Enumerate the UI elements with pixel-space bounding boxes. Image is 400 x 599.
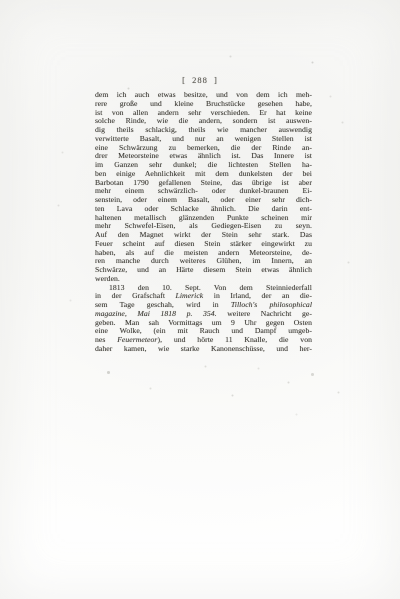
body-text: dem ich auch etwas besitze, und von dem … <box>95 91 312 354</box>
text-line: werden. <box>95 275 312 284</box>
text-line: sem Tage geschah, wird in Tilloch's phil… <box>95 301 312 310</box>
text-line: ist von allen andern sehr verschieden. E… <box>95 109 312 118</box>
text-line: haltenen metallisch glänzenden Punkte sc… <box>95 214 312 223</box>
text-line: drer Meteorsteine etwas ähnlich ist. Das… <box>95 152 312 161</box>
text-line: dem ich auch etwas besitze, und von dem … <box>95 91 312 100</box>
text-line: magazine, Mai 1818 p. 354. weitere Nachr… <box>95 310 312 319</box>
text-line: geben. Man sah Vormittags um 9 Uhr gegen… <box>95 319 312 328</box>
text-line: ten Lava oder Schlacke ähnlich. Die dari… <box>95 205 312 214</box>
text-line: im Ganzen sehr dunkel; die lichtesten St… <box>95 161 312 170</box>
text-line: eine Schwärzung zu bemerken, die der Rin… <box>95 144 312 153</box>
text-line: haben, als auf die meisten andern Meteor… <box>95 249 312 258</box>
text-line: Feuer scheint auf diesen Stein stärker e… <box>95 240 312 249</box>
text-line: senstein, oder einem Basalt, oder einer … <box>95 196 312 205</box>
text-line: nes Feuermeteor), und hörte 11 Knalle, d… <box>95 336 312 345</box>
text-line: Schwärze, und an Härte diesem Stein etwa… <box>95 266 312 275</box>
text-line: eine Wolke, (ein mit Rauch und Dampf umg… <box>95 327 312 336</box>
text-line: ren manche durch weiteres Glühen, im Inn… <box>95 257 312 266</box>
text-line: Barbotan 1790 gefallenen Steine, das übr… <box>95 179 312 188</box>
text-line: daher kamen, wie starke Kanonenschüsse, … <box>95 345 312 354</box>
scanned-book-page: [ 288 ] dem ich auch etwas besitze, und … <box>0 0 400 599</box>
text-line: dig theils schlackig, theils wie mancher… <box>95 126 312 135</box>
text-line: mehr einem schwärzlich- oder dunkel-brau… <box>95 187 312 196</box>
text-line: rere große und kleine Bruchstücke gesehe… <box>95 100 312 109</box>
text-line: 1813 den 10. Sept. Von dem Steinniederfa… <box>95 284 312 293</box>
text-line: solche Rinde, wie die andern, sondern is… <box>95 117 312 126</box>
paper-specks <box>0 0 1 1</box>
text-line: mehr Schwefel-Eisen, als Gediegen-Eisen … <box>95 222 312 231</box>
text-line: in der Grafschaft Limerick in Irland, de… <box>95 292 312 301</box>
text-line: Auf den Magnet wirkt der Stein sehr star… <box>95 231 312 240</box>
text-line: verwitterte Basalt, und nur an wenigen S… <box>95 135 312 144</box>
text-line: ben einige Aehnlichkeit mit dem dunkelst… <box>95 170 312 179</box>
page-number: [ 288 ] <box>0 75 400 85</box>
